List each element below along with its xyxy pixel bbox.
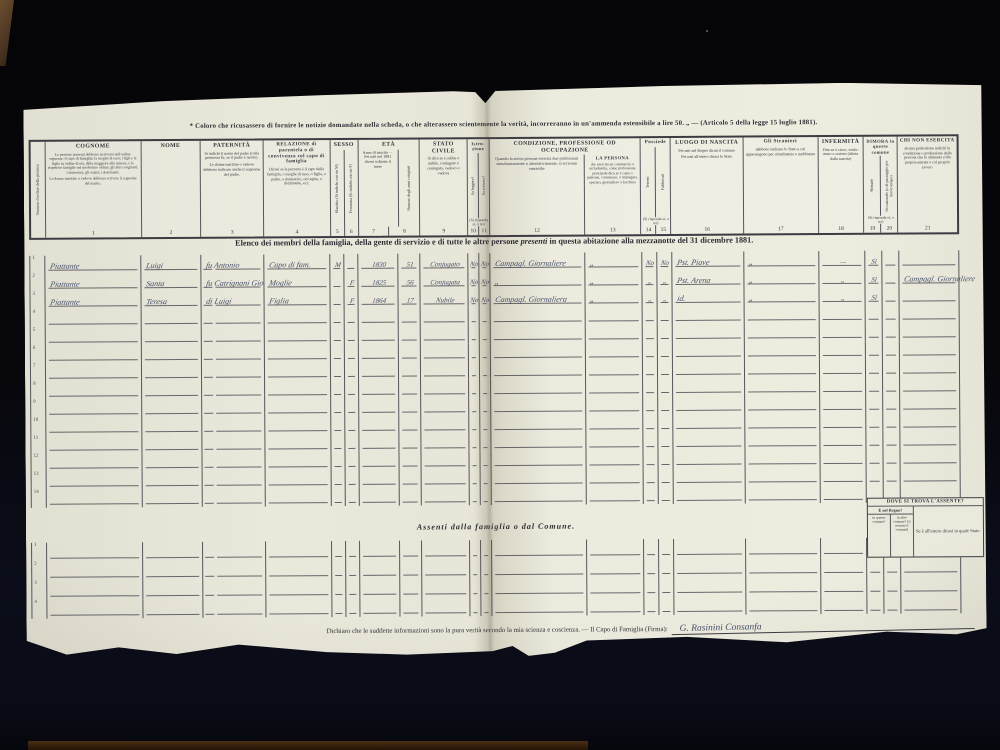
handwritten-entry: 51 — [406, 261, 414, 269]
cell — [399, 434, 421, 452]
cell — [359, 452, 399, 470]
handwritten-entry: Pst. Arena — [676, 276, 711, 285]
cell — [45, 435, 141, 454]
cell: id. — [671, 288, 744, 306]
cell — [745, 538, 820, 557]
cell — [882, 323, 899, 341]
cell — [399, 541, 421, 560]
cell — [330, 272, 344, 290]
cell: Sì — [865, 269, 882, 287]
subcol-label: Anno di nascita — Pei nati nel 1881 dice… — [358, 149, 397, 227]
handwritten-entry: 1864 — [371, 297, 386, 305]
cell — [820, 431, 866, 449]
cell — [642, 450, 657, 468]
cell — [344, 254, 358, 272]
cell — [899, 358, 959, 376]
handwritten-entry: Pst. Piave — [676, 258, 710, 267]
cell: Moglie — [263, 272, 330, 290]
cell: „ — [584, 252, 641, 270]
row-number: 7 — [31, 364, 45, 382]
cell — [881, 251, 898, 269]
cell: Conjugata — [420, 271, 468, 289]
cell — [865, 413, 882, 431]
cell — [420, 343, 468, 361]
cell — [358, 398, 398, 416]
cell: Teresa — [140, 291, 200, 309]
cell — [201, 452, 264, 470]
cell — [344, 380, 358, 398]
cell: Piattante — [44, 255, 140, 274]
cell: „ — [641, 270, 656, 288]
cell: „ — [656, 270, 671, 288]
cell — [491, 469, 586, 488]
head-of-family-signature: G. Rasinini Consanfa — [672, 618, 975, 635]
col-title: Gli Stranieri — [743, 137, 817, 146]
cell — [821, 595, 867, 614]
cell — [642, 432, 657, 450]
cell — [642, 342, 657, 360]
cell — [468, 397, 479, 415]
cell — [399, 560, 421, 579]
cell — [45, 363, 141, 382]
subcol-label: Sa leggere? — [471, 153, 476, 218]
cell — [468, 307, 479, 325]
cell — [658, 596, 673, 615]
cell — [490, 361, 585, 380]
cell — [643, 577, 658, 596]
cell — [469, 487, 480, 505]
handwritten-entry: id. — [676, 294, 686, 303]
subcol-label: Fabbricati — [661, 147, 666, 217]
cell — [45, 327, 141, 346]
header-possiede: Possiede Terreni Fabbricati (Si risponda… — [640, 138, 670, 234]
handwritten-entry: Conjugata — [429, 278, 460, 286]
cell: Campagl. Giornaliere — [899, 268, 959, 286]
cell — [201, 470, 264, 488]
cell — [330, 380, 344, 398]
col-desc: alcuna professione indichi la condizione… — [900, 146, 955, 170]
cell — [585, 414, 642, 432]
col-desc: Pei nati all'estero dicasi lo Stato — [673, 155, 741, 160]
assenti-table: 1234 — [31, 537, 961, 619]
cell — [421, 540, 469, 559]
cell — [672, 360, 745, 378]
cell — [479, 379, 490, 397]
col-number: 20 — [880, 224, 897, 233]
cell — [490, 325, 585, 344]
cell: No — [656, 252, 671, 270]
cell — [142, 561, 202, 580]
cell — [359, 434, 399, 452]
cell — [468, 379, 479, 397]
cell — [643, 596, 658, 615]
cell — [140, 309, 200, 327]
cell — [263, 308, 330, 326]
cell — [657, 360, 672, 378]
col-number: 15 — [655, 225, 670, 234]
cell — [469, 540, 480, 559]
header-infermita: INFERMITÀ Dire se è cieco, sordo-muto o … — [817, 137, 863, 233]
cell — [819, 341, 865, 359]
cell — [819, 323, 865, 341]
cell — [480, 451, 491, 469]
cell — [46, 561, 142, 581]
handwritten-entry: Conjugato — [429, 260, 460, 268]
cell — [479, 343, 490, 361]
cell — [358, 380, 398, 398]
cell — [820, 538, 866, 557]
cell — [490, 397, 585, 416]
col-number: 3 — [201, 226, 263, 236]
cell — [672, 396, 745, 414]
header-cognome: COGNOME Le persone presenti debbono iscr… — [45, 141, 141, 238]
census-sheet: * Coloro che ricusassero di fornire le n… — [23, 82, 986, 663]
row-number: 4 — [31, 310, 45, 328]
cell — [359, 470, 399, 488]
cell — [584, 306, 641, 324]
cell — [421, 433, 469, 451]
cell — [745, 431, 820, 449]
cell — [263, 326, 330, 344]
cell — [421, 487, 469, 505]
row-number: 1 — [32, 543, 46, 562]
cell — [420, 415, 468, 433]
cell — [421, 451, 469, 469]
cell — [586, 486, 643, 504]
cell — [263, 344, 330, 362]
cell — [265, 579, 332, 598]
col-desc: debbono indicare lo Stato a cui apparten… — [746, 147, 816, 157]
cell — [45, 417, 141, 436]
row-number: 11 — [31, 436, 45, 454]
cell — [358, 326, 398, 344]
cell — [480, 469, 491, 487]
cell — [883, 431, 900, 449]
cell: Pst. Piave — [671, 252, 744, 270]
cell — [585, 396, 642, 414]
handwritten-entry: — — [839, 258, 847, 266]
cell: di Luigi — [200, 290, 263, 308]
cell: No — [478, 271, 489, 289]
cell — [200, 308, 263, 326]
cell — [45, 381, 141, 400]
col-title: NOME — [141, 141, 200, 151]
cell — [331, 398, 345, 416]
cell — [265, 560, 332, 579]
cell — [479, 325, 490, 343]
handwritten-entry: 1830 — [371, 261, 386, 269]
cell — [344, 398, 358, 416]
cell — [399, 579, 421, 598]
handwritten-entry: No — [469, 278, 479, 286]
col-number: 11 — [478, 226, 489, 235]
cell: No — [478, 253, 489, 271]
cell — [141, 471, 201, 489]
cell: Santa — [140, 273, 200, 291]
col-desc: Dicasi se la persona è il capo della fam… — [266, 167, 328, 187]
cell — [865, 323, 882, 341]
cell — [901, 594, 961, 613]
cell — [819, 305, 865, 323]
cell — [398, 308, 420, 326]
cell — [657, 450, 672, 468]
cell — [141, 435, 201, 453]
cell — [898, 250, 958, 268]
cell — [642, 468, 657, 486]
col-desc: Le donne maritate o vedove debbono indic… — [203, 163, 261, 178]
cell: 56 — [398, 272, 420, 290]
cell — [586, 596, 643, 615]
cell — [657, 396, 672, 414]
cell — [264, 416, 331, 434]
cell: F — [344, 272, 358, 290]
cell — [657, 378, 672, 396]
cell — [586, 539, 643, 558]
handwritten-entry: No — [470, 296, 480, 304]
cell — [899, 394, 959, 412]
cell — [420, 325, 468, 343]
col-note: (Si risponda sì, o no) — [641, 217, 670, 226]
assenti-section-title: Assenti dalla famiglia o dal Comune. — [31, 519, 961, 534]
cell — [882, 395, 899, 413]
cell — [398, 326, 420, 344]
subcol-desc: Quando la stessa persona esercita due pr… — [490, 155, 584, 226]
cell — [201, 434, 264, 452]
cell — [331, 434, 345, 452]
cell — [883, 449, 900, 467]
header-chi-non-esercita: CHI NON ESERCITA alcuna professione indi… — [897, 136, 957, 232]
subcol-label: Terreni — [646, 147, 651, 217]
cell: Figlia — [263, 290, 330, 308]
cell: — — [819, 251, 865, 269]
cell — [141, 417, 201, 435]
cell — [900, 556, 960, 575]
cell — [201, 416, 264, 434]
cell — [658, 558, 673, 577]
header-dimora: DIMORA in questo comune Abituale Occasio… — [863, 137, 897, 233]
row-number: 8 — [31, 382, 45, 400]
row-number: 14 — [32, 490, 46, 508]
cell: Luigi — [140, 255, 200, 273]
cell — [899, 322, 959, 340]
header-istruzione: Istru-zione Sa leggere? Sa scrivere? (Si… — [467, 139, 489, 235]
cell — [359, 541, 399, 560]
cell — [141, 453, 201, 471]
handwritten-entry: di Luigi — [205, 297, 232, 306]
cell: „ — [819, 269, 865, 287]
cell — [46, 599, 142, 619]
cell — [344, 344, 358, 362]
cell — [491, 540, 586, 560]
cell — [643, 558, 658, 577]
cell — [642, 396, 657, 414]
cell: Sì — [864, 251, 881, 269]
cell — [671, 324, 744, 342]
box-cell: in altro comune? (si nomini il comune) — [890, 515, 913, 557]
header-number-column: Numero d'ordine della persona — [31, 142, 46, 238]
desk-wood-strip — [28, 741, 588, 750]
cell — [883, 467, 900, 485]
cell — [641, 306, 656, 324]
cell — [671, 342, 744, 360]
handwritten-entry: No — [480, 278, 490, 286]
cell: 1864 — [358, 290, 398, 308]
cell — [866, 557, 883, 576]
cell: „ — [744, 269, 819, 287]
cell — [656, 306, 671, 324]
cell — [142, 542, 202, 561]
cell: „ — [819, 287, 865, 305]
cell: Piattante — [44, 291, 140, 310]
cell — [141, 399, 201, 417]
cell — [672, 414, 745, 432]
cell — [420, 361, 468, 379]
cell: „ — [641, 288, 656, 306]
cell — [468, 415, 479, 433]
cell — [202, 541, 265, 560]
cell — [900, 466, 960, 484]
cell — [882, 359, 899, 377]
col-number: 2 — [142, 227, 201, 237]
family-members-table: 1PiattanteLuigifu AntonioCapo di fam.M18… — [29, 250, 961, 508]
cell — [398, 416, 420, 434]
cell — [657, 468, 672, 486]
cell — [865, 305, 882, 323]
cell — [141, 489, 201, 507]
cell — [358, 344, 398, 362]
col-number: 21 — [898, 222, 957, 232]
cell — [359, 488, 399, 506]
cell: Nubile — [420, 289, 468, 307]
cell — [201, 362, 264, 380]
row-number: 3 — [30, 292, 44, 310]
cell — [672, 450, 745, 468]
cell — [585, 324, 642, 342]
handwritten-entry: No — [660, 259, 670, 267]
cell — [358, 308, 398, 326]
header-paternita: PATERNITÀ Si indichi il nome del padre (… — [200, 140, 263, 236]
cell — [673, 596, 746, 615]
header-stato-civile: STATO CIVILE Si dica se è celibe o nubil… — [419, 139, 467, 235]
col-title: DIMORA in questo comune — [864, 137, 897, 156]
cell — [585, 378, 642, 396]
cell — [330, 362, 344, 380]
row-number: 1 — [30, 256, 44, 274]
row-number: 4 — [32, 600, 46, 619]
cell — [672, 468, 745, 486]
col-number: 16 — [671, 224, 743, 234]
cell: No — [467, 271, 478, 289]
cell — [359, 416, 399, 434]
handwritten-entry: Campagl. Giornaliere — [904, 274, 976, 283]
handwritten-entry: Campagl. Giornaliera — [495, 295, 568, 304]
cell — [420, 307, 468, 325]
subcol-label: Numero degli anni compiuti — [406, 149, 411, 226]
cell — [140, 327, 200, 345]
cell — [200, 326, 263, 344]
cell — [865, 359, 882, 377]
cell — [656, 324, 671, 342]
cell — [820, 557, 866, 576]
cell — [398, 398, 420, 416]
cell — [468, 433, 479, 451]
cell — [345, 560, 359, 579]
cell — [479, 307, 490, 325]
cell — [398, 362, 420, 380]
dove-si-trova-box: DOVE SI TROVA L'ASSENTE? È nel Regno? in… — [867, 497, 984, 558]
row-number: 6 — [31, 346, 45, 364]
cell — [345, 452, 359, 470]
cell — [744, 359, 819, 377]
cell — [882, 287, 899, 305]
cell — [421, 469, 469, 487]
cell — [479, 415, 490, 433]
cell: „ — [744, 287, 819, 305]
cell — [358, 362, 398, 380]
cell — [469, 597, 480, 616]
col-title: LUOGO DI NASCITA — [671, 138, 743, 148]
col-title: ETÀ — [358, 140, 419, 150]
cell — [866, 467, 883, 485]
cell — [469, 469, 480, 487]
handwritten-entry: Piattante — [50, 298, 81, 307]
col-desc: Le persone presenti debbono iscriversi n… — [48, 152, 139, 175]
cell — [884, 595, 901, 614]
col-title: INFERMITÀ — [818, 137, 863, 147]
cell — [422, 597, 470, 616]
cell — [656, 342, 671, 360]
cell — [480, 559, 491, 578]
cell — [345, 434, 359, 452]
header-stranieri: Gli Stranieri debbono indicare lo Stato … — [742, 137, 817, 233]
col-note: (Si risponda sì, o no) — [468, 218, 489, 226]
col-number: 8 — [389, 227, 420, 236]
cell — [201, 398, 264, 416]
cell — [263, 362, 330, 380]
cell: M — [330, 254, 344, 272]
cell — [46, 580, 142, 600]
cell — [344, 326, 358, 344]
declaration-text: Dichiaro che le suddette informazioni so… — [327, 626, 668, 635]
subcol-label: Femmina (Si indichi con un F) — [349, 150, 354, 227]
header-condizione: CONDIZIONE, PROFESSIONE OD OCCUPAZIONE Q… — [489, 138, 641, 235]
cell — [491, 559, 586, 579]
cell: „ — [584, 288, 641, 306]
box-cell: in questo comune? — [868, 515, 890, 557]
cell — [468, 361, 479, 379]
col-number: 5 — [331, 227, 344, 236]
col-title: CHI NON ESERCITA — [898, 136, 957, 145]
cell — [899, 412, 959, 430]
cell — [899, 340, 959, 358]
box-cell: Se è all'estero dicasi in quale Stato — [914, 506, 983, 556]
cell — [900, 575, 960, 594]
header-luogo-nascita: LUOGO DI NASCITA Pei nati nel Regno dica… — [670, 138, 743, 234]
cell — [265, 541, 332, 560]
cell — [200, 344, 263, 362]
cell — [491, 597, 586, 617]
col-title: SESSO — [330, 140, 357, 150]
handwritten-entry: No — [481, 296, 491, 304]
row-number: 13 — [32, 472, 46, 490]
cell — [744, 305, 819, 323]
cell — [673, 577, 746, 596]
cell — [671, 306, 744, 324]
desk-wood-corner — [0, 0, 14, 66]
cell — [265, 598, 332, 617]
cell — [882, 413, 899, 431]
col-number: 1 — [46, 227, 141, 238]
